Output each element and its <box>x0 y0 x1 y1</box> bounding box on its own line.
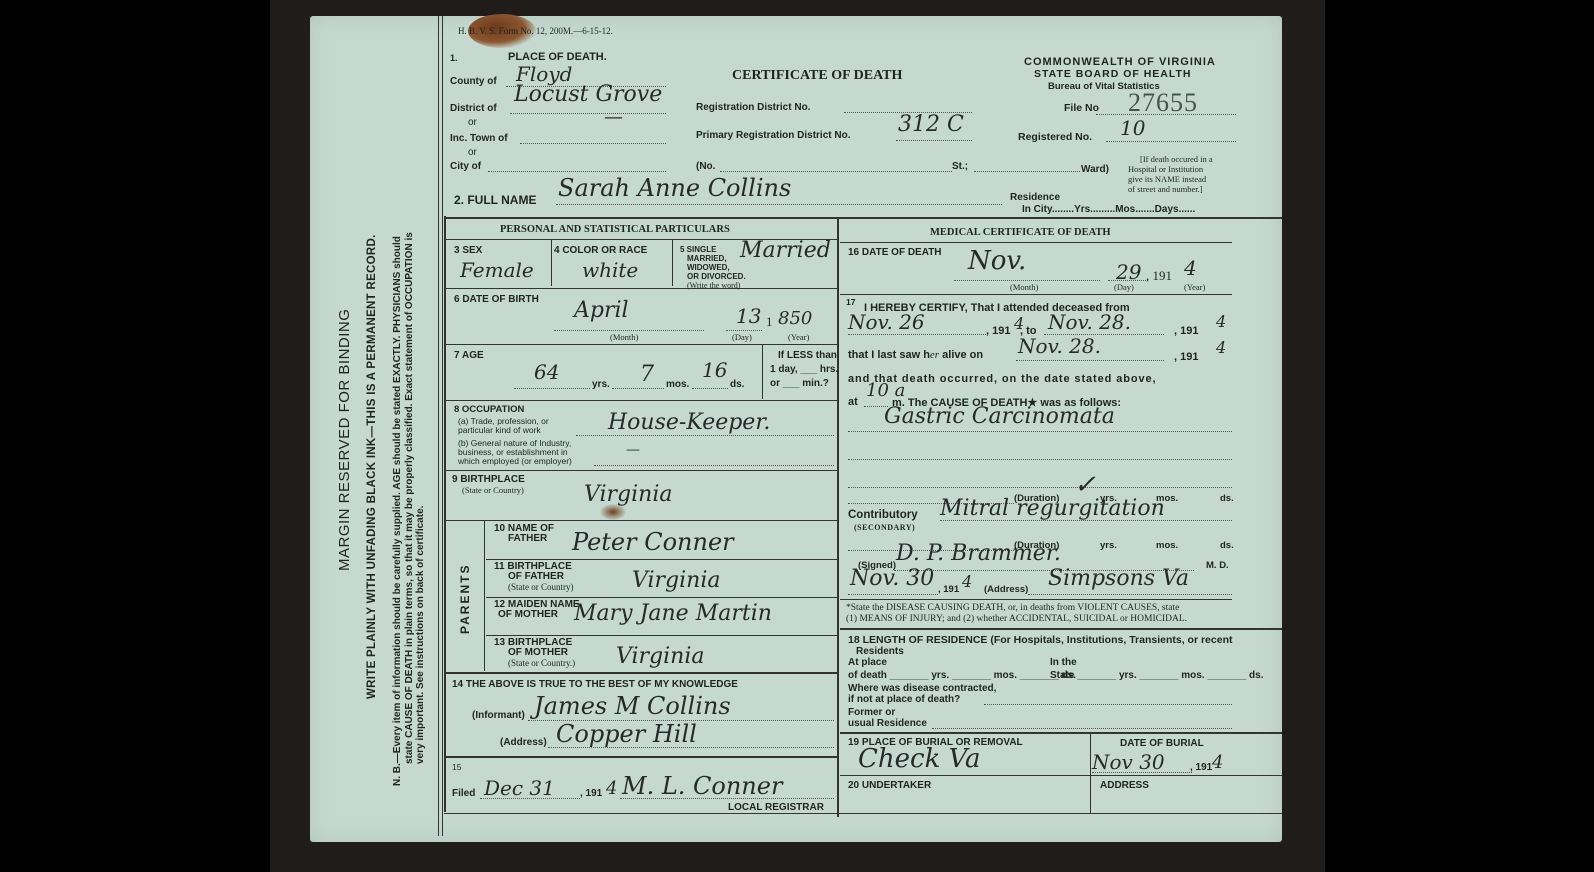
registered-number-line <box>1106 141 1236 142</box>
occupation-b-line <box>594 465 834 466</box>
yrs-label: yrs. <box>1100 540 1117 551</box>
contributory-line <box>940 520 1232 521</box>
informant-statement: 14 THE ABOVE IS TRUE TO THE BEST OF MY K… <box>452 679 738 690</box>
nb-line: N. B.—Every item of information should b… <box>392 232 404 786</box>
margin-rule <box>438 16 443 836</box>
registered-number-label: Registered No. <box>1018 131 1092 143</box>
cell-divider <box>672 240 673 286</box>
row-divider <box>486 635 837 636</box>
footnote-line: *State the DISEASE CAUSING DEATH, or, in… <box>846 603 1187 614</box>
burial-date-line <box>1092 772 1192 773</box>
burial-date: Nov 30 <box>1092 750 1165 774</box>
ds-label: ds. <box>1220 493 1234 504</box>
label-line: OF MOTHER <box>494 610 580 620</box>
filed-label: Filed <box>452 788 475 799</box>
row-divider <box>840 628 1282 630</box>
occupation-b-value: — <box>626 442 640 458</box>
town-line <box>520 143 666 144</box>
day-caption: (Day) <box>1114 282 1134 292</box>
cause-line <box>848 487 1232 488</box>
occupation-value: House-Keeper. <box>608 410 770 435</box>
marital-label: 5 SINGLE MARRIED, WIDOWED, OR DIVORCED. … <box>680 245 746 290</box>
authority-line: STATE BOARD OF HEALTH <box>1034 68 1192 80</box>
dob-month: April <box>574 298 629 323</box>
last-saw-label: that I last saw h <box>848 349 930 361</box>
physician-address: Simpsons Va <box>1048 566 1189 591</box>
ds-label: ds. <box>730 379 744 390</box>
death-month-line <box>954 280 1100 281</box>
hospital-note: [If death occured in a Hospital or Insti… <box>1140 154 1213 194</box>
sex-label: 3 SEX <box>454 245 482 256</box>
primary-district-value: 312 C <box>898 112 964 137</box>
row-divider <box>444 756 837 758</box>
primary-district-label: Primary Registration District No. <box>696 130 850 141</box>
primary-district-line <box>896 140 972 141</box>
row-divider <box>840 732 1282 734</box>
contracted-line <box>984 704 1232 705</box>
signed-date-line <box>848 594 938 595</box>
physician-address-line <box>1028 594 1232 595</box>
contracted-label: if not at place of death? <box>848 694 960 705</box>
in-city-label: In City <box>1022 204 1052 215</box>
row-divider <box>444 288 837 289</box>
at-label: at <box>848 396 858 408</box>
last-saw-year: 4 <box>1216 338 1226 357</box>
note-line: of street and number.] <box>1128 184 1213 194</box>
occupation-label: 8 OCCUPATION <box>454 404 524 415</box>
footnote: *State the DISEASE CAUSING DEATH, or, in… <box>846 603 1187 625</box>
md-label: M. D. <box>1206 560 1229 571</box>
occupation-b-label: (b) General nature of Industry, business… <box>458 439 572 466</box>
mother-value: Mary Jane Martin <box>574 601 772 626</box>
row-divider <box>840 775 1282 776</box>
dob-label: 6 DATE OF BIRTH <box>454 294 539 305</box>
item-number: 1. <box>450 53 458 63</box>
race-value: white <box>582 258 638 282</box>
burial-year: 4 <box>1212 752 1223 773</box>
full-name-label: 2. FULL NAME <box>454 193 536 207</box>
city-label: City of <box>450 161 481 172</box>
district-label: District of <box>450 103 497 114</box>
mother-birthplace-label: 13 BIRTHPLACE OF MOTHER (State or Countr… <box>494 638 575 668</box>
last-saw-date: Nov. 28. <box>1018 334 1101 358</box>
alive-on-label: alive on <box>942 349 983 361</box>
physician-signature: D. P. Brammer. <box>896 541 1061 566</box>
row-divider <box>486 559 837 560</box>
certificate-title: CERTIFICATE OF DEATH <box>732 68 902 84</box>
death-month: Nov. <box>968 246 1026 276</box>
label-line: FATHER <box>494 534 554 544</box>
signed-year: 4 <box>962 572 972 591</box>
or-label: or <box>468 117 477 128</box>
attended-to: Nov. 28. <box>1048 310 1131 334</box>
section-divider <box>444 217 1282 219</box>
in-state-duration: State _______ yrs. _______ mos. _______ … <box>1050 670 1264 681</box>
ink-note: WRITE PLAINLY WITH UNFADING BLACK INK—TH… <box>366 234 378 699</box>
ward-label: Ward) <box>1081 164 1109 175</box>
age-months: 7 <box>640 362 654 387</box>
local-registrar-label: LOCAL REGISTRAR <box>728 802 824 813</box>
label-line: or ___ min.? <box>770 377 838 391</box>
note-line: [If death occured in a <box>1140 154 1213 164</box>
label-line: OF FATHER <box>494 572 574 582</box>
label-line: If LESS than <box>770 349 838 363</box>
death-certificate: MARGIN RESERVED FOR BINDING WRITE PLAINL… <box>310 16 1282 842</box>
age-months-line <box>612 388 664 389</box>
form-number: H. B. V. S. Form No. 12, 200M.—6-15-12. <box>458 26 613 36</box>
year-prefix: , 191 <box>1174 325 1198 337</box>
attended-from-line <box>848 334 986 335</box>
binding-note: MARGIN RESERVED FOR BINDING <box>336 309 353 571</box>
death-day-line <box>1108 280 1148 281</box>
nb-line: very important. See instructions on back… <box>415 232 427 786</box>
district-value: Locust Grove <box>514 82 662 107</box>
label-line: particular kind of work <box>458 426 549 435</box>
note-line: give its NAME instead <box>1128 174 1213 184</box>
attended-to-year: 4 <box>1216 312 1226 331</box>
informant-value: James M Collins <box>534 692 731 720</box>
row-divider <box>840 294 1232 295</box>
label-line: OF MOTHER <box>494 648 575 658</box>
death-year-prefix: , 191 <box>1146 268 1172 284</box>
death-year: 4 <box>1184 256 1197 280</box>
footnote-line: (1) MEANS OF INJURY; and (2) whether ACC… <box>846 614 1187 625</box>
form-bottom <box>444 813 1282 814</box>
cause-line <box>848 459 1232 460</box>
item-number: 17 <box>846 297 855 307</box>
informant-address-label: (Address) <box>500 737 547 748</box>
at-place-duration: of death _______ yrs. _______ mos. _____… <box>848 670 1076 681</box>
full-name-line <box>556 204 1002 205</box>
pronoun-value: er <box>930 349 939 361</box>
former-residence-line <box>932 728 1232 729</box>
contributory-cause: Mitral regurgitation <box>940 496 1165 521</box>
age-years-line <box>514 388 590 389</box>
cell-divider <box>762 345 763 399</box>
row-divider <box>444 344 837 345</box>
less-than-day: If LESS than 1 day, ___ hrs. or ___ min.… <box>770 349 838 391</box>
days-label: Days. <box>1155 204 1182 215</box>
mother-birthplace-value: Virginia <box>616 644 705 669</box>
medical-section-title: MEDICAL CERTIFICATE OF DEATH <box>930 227 1111 238</box>
registrar-signature: M. L. Conner <box>622 772 782 800</box>
binding-margin: MARGIN RESERVED FOR BINDING WRITE PLAINL… <box>310 16 438 842</box>
row-divider <box>444 672 837 674</box>
informant-label: (Informant) <box>472 710 525 721</box>
attended-from: Nov. 26 <box>848 310 925 334</box>
residence-length-label: 18 LENGTH OF RESIDENCE (For Hospitals, I… <box>848 634 1232 646</box>
mos-label: mos. <box>666 379 689 390</box>
dob-day: 13 <box>736 304 761 328</box>
father-birthplace-label: 11 BIRTHPLACE OF FATHER (State or Countr… <box>494 562 574 592</box>
date-of-death-label: 16 DATE OF DEATH <box>848 247 942 258</box>
registered-number-value: 10 <box>1120 116 1145 140</box>
mos-label: mos. <box>1156 540 1178 551</box>
race-label: 4 COLOR OR RACE <box>554 245 647 256</box>
at-place-label: At place <box>848 657 887 668</box>
registrar-line <box>620 798 834 799</box>
row-divider <box>444 400 837 401</box>
former-residence-label: Former or <box>848 707 895 718</box>
row-divider <box>444 520 837 521</box>
street-line <box>720 171 952 172</box>
day-caption: (Day) <box>732 332 752 342</box>
row-divider <box>840 599 1232 600</box>
signed-date: Nov. 30 <box>850 566 934 591</box>
residence-label: Residence <box>1010 192 1060 203</box>
secondary-label: (SECONDARY) <box>854 523 915 532</box>
former-residence-label: usual Residence <box>848 718 927 729</box>
dob-month-line <box>554 330 704 331</box>
street-label: (No. <box>696 161 715 172</box>
ds-label: ds. <box>1220 540 1234 551</box>
father-birthplace-value: Virginia <box>632 568 721 593</box>
yrs-label: Yrs. <box>1074 204 1093 215</box>
note-line: Hospital or Institution <box>1128 164 1213 174</box>
column-divider <box>837 217 839 817</box>
filed-year-prefix: , 191 <box>580 788 602 799</box>
dob-year-prefix: 1 <box>766 314 773 330</box>
parents-label: PARENTS <box>458 564 472 634</box>
filed-date: Dec 31 <box>484 776 555 800</box>
county-label: County of <box>450 76 497 87</box>
occupation-line <box>576 435 834 436</box>
row-divider <box>444 470 837 471</box>
personal-section-title: PERSONAL AND STATISTICAL PARTICULARS <box>500 224 730 235</box>
form-border <box>444 216 446 812</box>
ward-line <box>974 171 1080 172</box>
dob-year: 850 <box>778 308 812 329</box>
residence-in-city: In City........Yrs.........Mos.......Day… <box>1022 204 1195 215</box>
physician-address-label: (Address) <box>984 584 1028 595</box>
cell-divider <box>1090 734 1091 814</box>
town-value: — <box>604 106 623 128</box>
cause-line <box>848 431 1232 432</box>
dob-day-line <box>726 330 762 331</box>
last-saw-date-line <box>1016 360 1164 361</box>
mos-label: Mos. <box>1115 204 1138 215</box>
item-number: 15 <box>452 762 461 772</box>
label-line: WIDOWED, <box>680 263 746 272</box>
town-label: Inc. Town of <box>450 133 508 144</box>
full-name-value: Sarah Anne Collins <box>558 174 791 202</box>
file-number-label: File No <box>1064 102 1099 114</box>
year-caption: (Year) <box>1184 282 1205 292</box>
cell-divider <box>484 521 485 671</box>
certificate-form: H. B. V. S. Form No. 12, 200M.—6-15-12. … <box>444 16 1282 842</box>
row-divider <box>840 242 1232 243</box>
age-days: 16 <box>702 358 727 382</box>
age-label: 7 AGE <box>454 350 484 361</box>
contracted-label: Where was disease contracted, <box>848 683 996 694</box>
city-line <box>488 171 666 172</box>
burial-place: Check Va <box>858 744 981 774</box>
year-prefix: , 191 <box>1190 762 1212 773</box>
marital-value: Married <box>740 238 831 263</box>
undertaker-address-label: ADDRESS <box>1100 780 1149 791</box>
father-value: Peter Conner <box>572 528 734 556</box>
yrs-label: yrs. <box>592 379 610 390</box>
file-number-value: 27655 <box>1128 88 1198 118</box>
filed-year: 4 <box>606 778 617 799</box>
label-line: (State or Country.) <box>494 658 575 668</box>
year-prefix: , 191 <box>1174 351 1198 363</box>
father-label: 10 NAME OF FATHER <box>494 524 554 544</box>
month-caption: (Month) <box>610 332 638 342</box>
year-prefix: , 191 <box>986 325 1010 337</box>
authority-line: COMMONWEALTH OF VIRGINIA <box>1024 56 1216 68</box>
label-line: 1 day, ___ hrs. <box>770 363 838 377</box>
age-days-line <box>692 388 728 389</box>
year-prefix: , 191 <box>938 584 959 595</box>
month-caption: (Month) <box>1010 282 1038 292</box>
contributory-label: Contributory <box>848 509 918 521</box>
undertaker-label: 20 UNDERTAKER <box>848 780 931 791</box>
informant-address-value: Copper Hill <box>556 720 697 748</box>
in-state-label: In the <box>1050 657 1077 668</box>
st-label: St.; <box>952 161 968 172</box>
birthplace-sub: (State or Country) <box>462 485 524 495</box>
sex-value: Female <box>460 258 534 282</box>
occupation-a-label: (a) Trade, profession, or particular kin… <box>458 417 549 435</box>
birthplace-value: Virginia <box>584 482 673 507</box>
district-line <box>510 113 666 114</box>
mother-label: 12 MAIDEN NAME OF MOTHER <box>494 600 580 620</box>
burial-date-label: DATE OF BURIAL <box>1120 738 1204 749</box>
residence-label-cont: Residents <box>856 646 904 657</box>
nb-line: state CAUSE OF DEATH in plain terms, so … <box>404 232 416 786</box>
row-divider <box>486 597 837 598</box>
year-caption: (Year) <box>788 332 809 342</box>
label-line: (State or Country) <box>494 582 574 592</box>
label-line: 5 SINGLE <box>680 245 746 254</box>
instructions-note: N. B.—Every item of information should b… <box>392 232 427 786</box>
birthplace-label: 9 BIRTHPLACE <box>452 474 525 485</box>
label-line: MARRIED, <box>680 254 746 263</box>
cause-of-death: Gastric Carcinomata <box>884 404 1115 429</box>
label-line: which employed (or employer) <box>458 457 572 466</box>
label-line: OR DIVORCED. <box>680 272 746 281</box>
last-saw-line: that I last saw her alive on <box>848 349 983 361</box>
registration-district-label: Registration District No. <box>696 102 810 113</box>
cell-divider <box>551 240 552 286</box>
age-years: 64 <box>534 360 559 384</box>
or-label: or <box>468 147 477 158</box>
